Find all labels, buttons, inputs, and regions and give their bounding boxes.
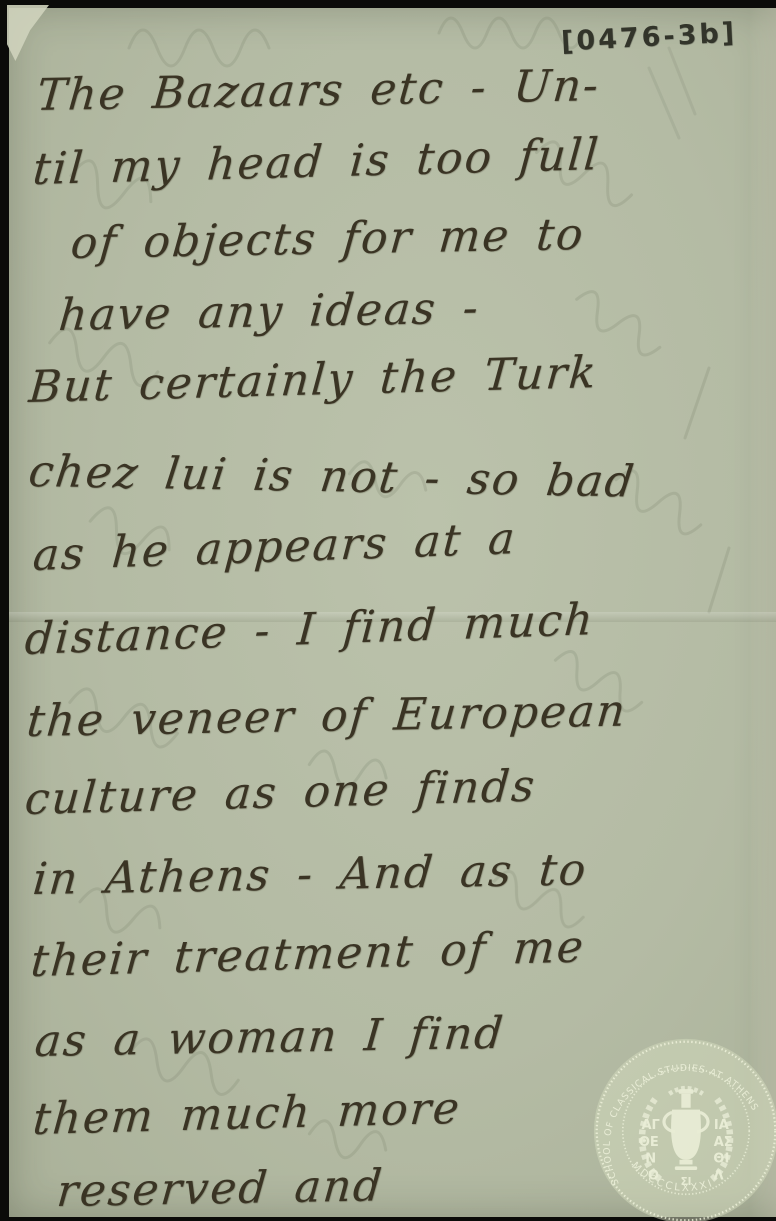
seal-greek-letter: ΑΓ — [641, 1118, 659, 1133]
handwriting-line: their treatment of me — [29, 921, 587, 987]
handwriting-line: as a woman I find — [33, 1008, 507, 1067]
archival-number-label: [0476-3b] — [560, 17, 738, 57]
handwriting-line: chez lui is not - so bad — [26, 446, 638, 507]
seal-greek-letter: Λ — [714, 1168, 725, 1183]
handwriting-line: But certainly the Turk — [27, 347, 600, 413]
handwriting-line: culture as one finds — [23, 761, 538, 826]
seal-greek-letter: ΘΕ — [639, 1135, 659, 1150]
handwriting-line: the veneer of European — [25, 685, 629, 747]
seal-greek-letter: Ο — [648, 1168, 659, 1183]
handwriting-line: of objects for me to — [69, 209, 587, 269]
seal-greek-letter: ΘΙ — [713, 1152, 729, 1167]
embossed-seal: SCHOOL OF CLASSICAL STUDIES AT ATHENS MD… — [593, 1038, 776, 1221]
handwriting-line: as he appears at a — [31, 513, 518, 581]
scanned-letter-page: SCHOOL OF CLASSICAL STUDIES AT ATHENS MD… — [0, 0, 776, 1221]
handwriting-line: distance - I find much — [23, 594, 596, 665]
handwriting-line: them much more — [31, 1083, 463, 1145]
handwriting-line: The Bazaars etc - Un- — [35, 60, 602, 121]
seal-greek-letter: ΙΑ — [714, 1118, 730, 1133]
handwriting-line: til my head is too full — [31, 129, 602, 195]
handwriting-line: in Athens - And as to — [31, 844, 590, 905]
seal-greek-letter: ΣΙ — [681, 1177, 692, 1188]
seal-greek-letter: Ν — [645, 1152, 656, 1167]
handwriting-line: reserved and — [55, 1160, 386, 1217]
handwriting-line: have any ideas - — [57, 283, 482, 341]
seal-greek-letter: ΑΣ — [714, 1135, 733, 1150]
torn-paper-corner — [7, 5, 49, 61]
letter-paper: SCHOOL OF CLASSICAL STUDIES AT ATHENS MD… — [9, 8, 776, 1217]
